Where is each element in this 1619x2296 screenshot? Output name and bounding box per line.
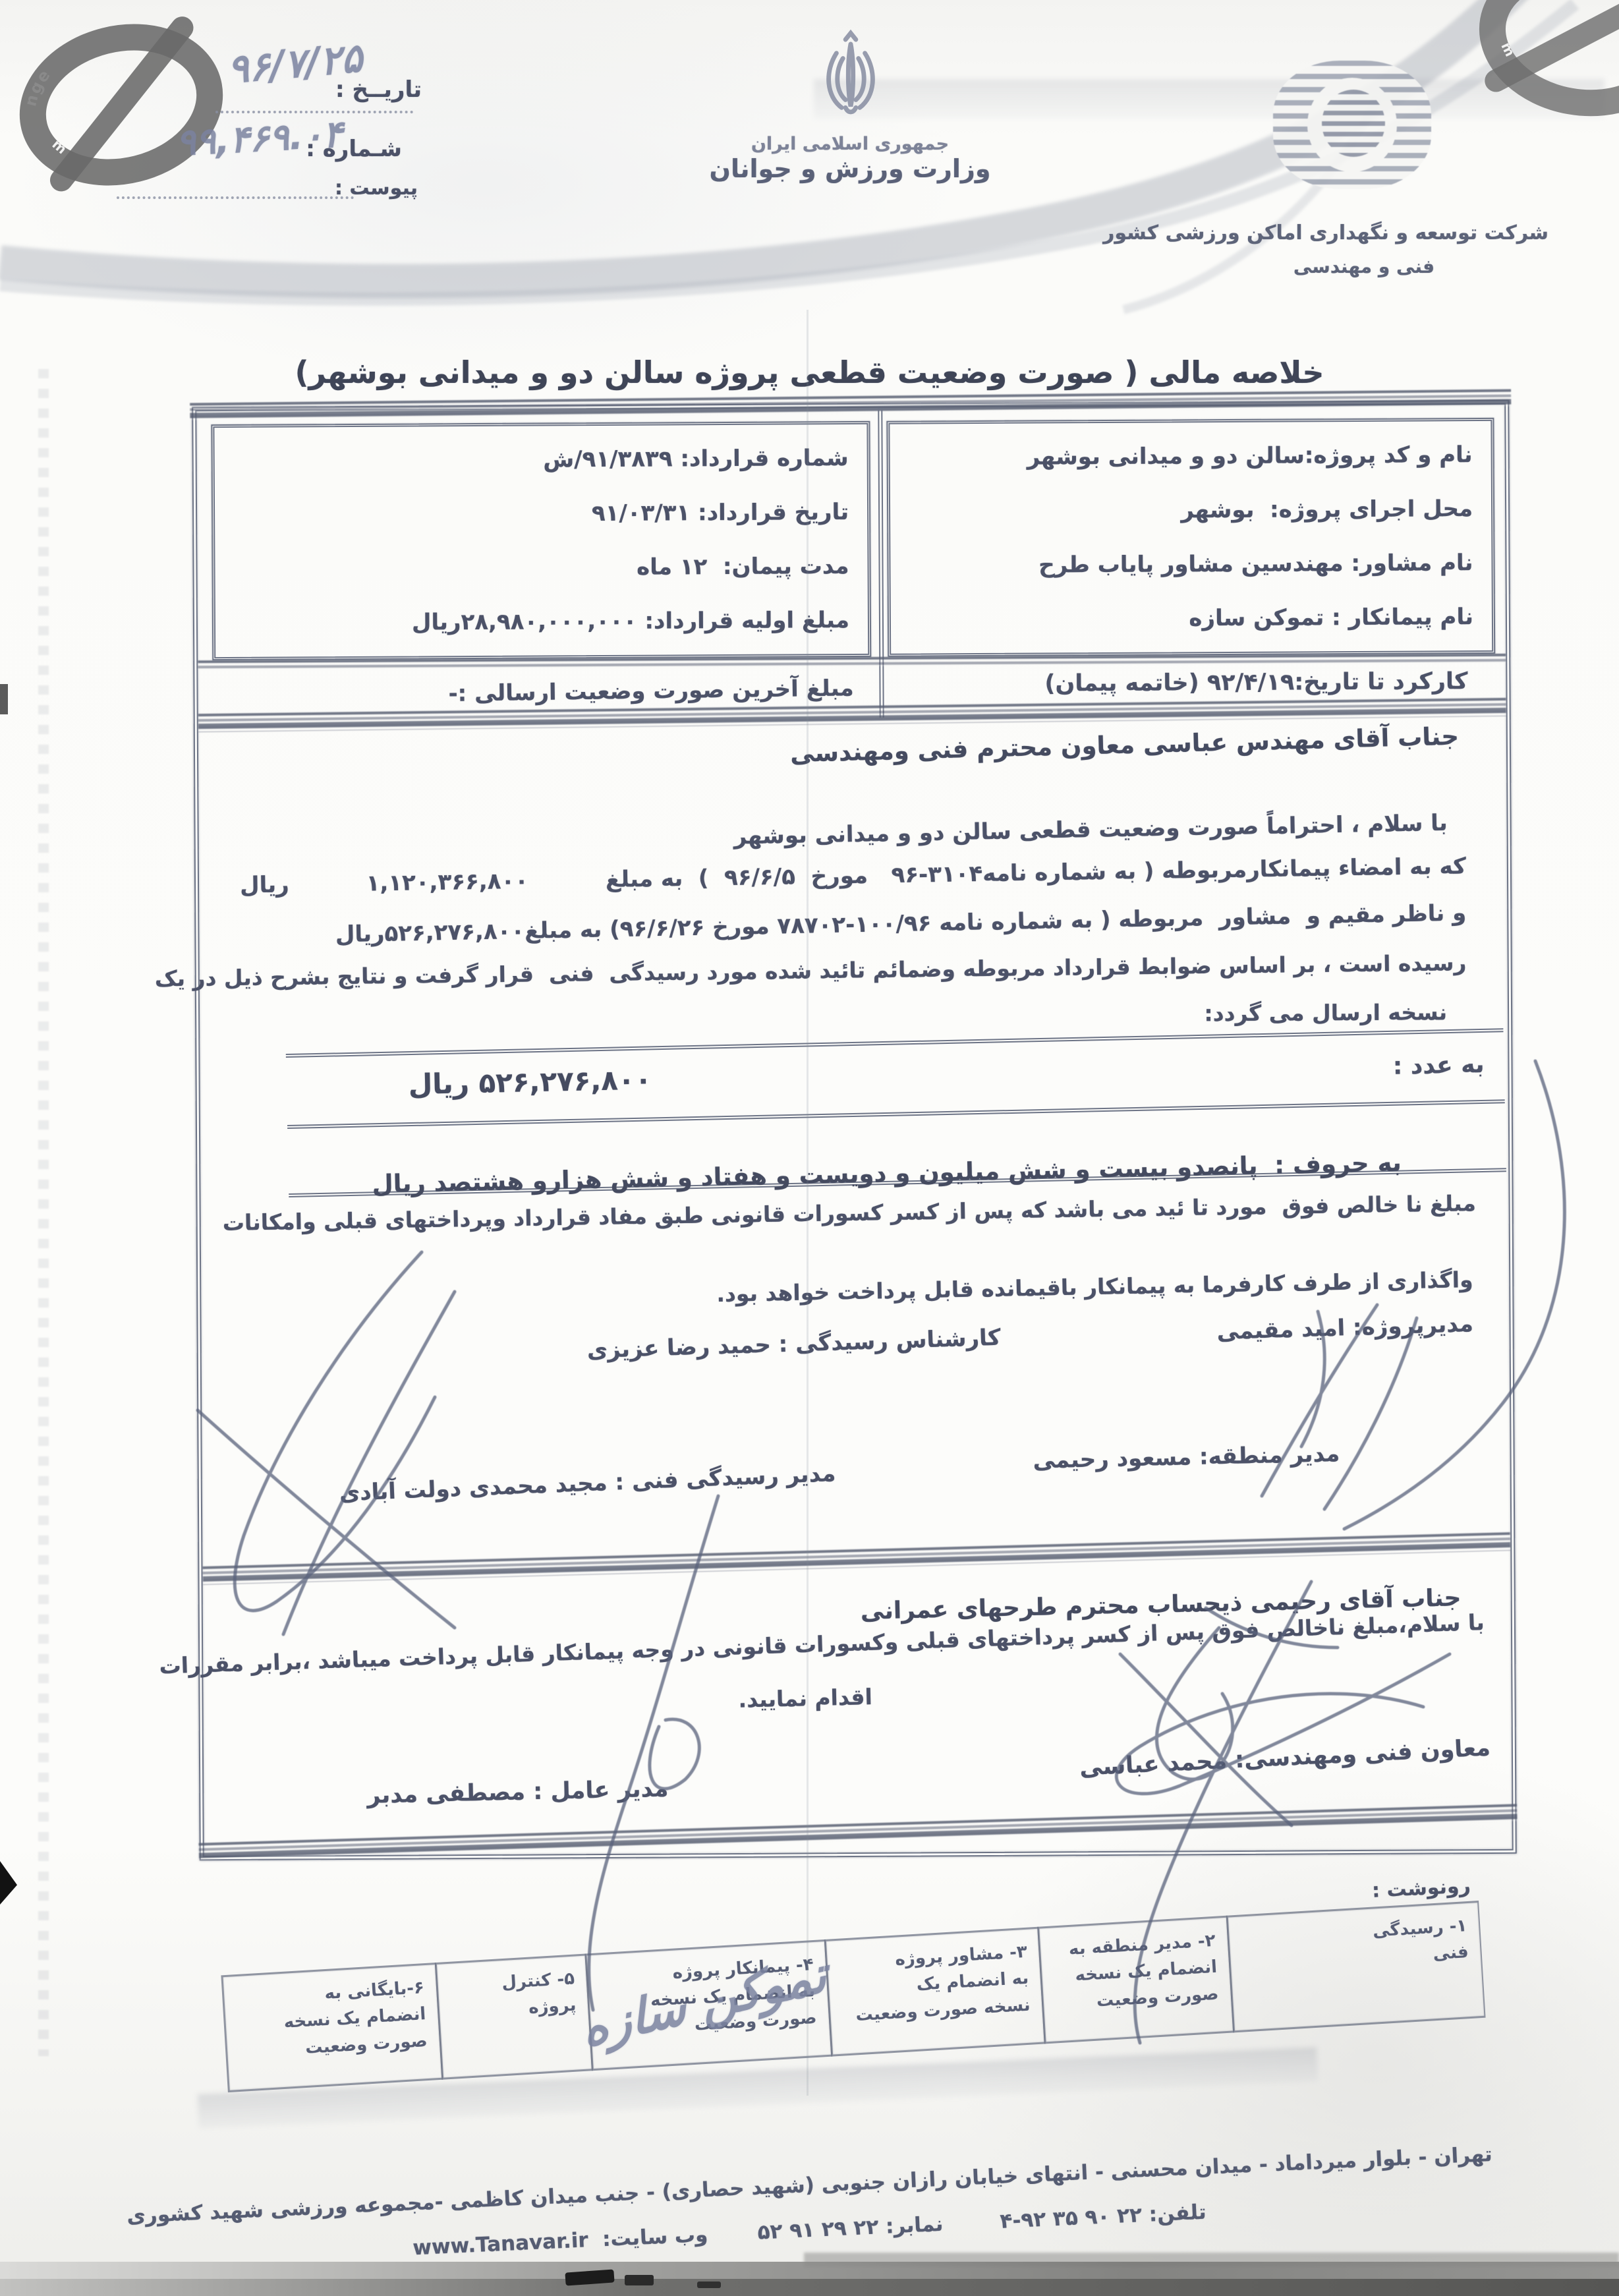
ministry-name: وزارت ورزش و جوانان (692, 154, 1008, 183)
cc-item-6: ۶-بایگانی به انضمام یک نسخه صورت وضعیت (221, 1963, 443, 2092)
amount-words-text: پانصدو بیست و شش میلیون و دویست و هفتاد … (372, 1151, 1258, 1198)
project-location: محل اجرای پروژه: بوشهر (909, 496, 1473, 525)
letter-line-2-amount: ۱,۱۲۰,۳۶۶,۸۰۰ (366, 868, 528, 897)
bottom-black-blob-3 (697, 2282, 721, 2288)
approval-line-2: واگذاری از طرف کارفرما به پیمانکار باقیم… (716, 1267, 1473, 1307)
letter-line-5: نسخه ارسال می گردد: (1204, 999, 1447, 1026)
review-expert-signature-label: کارشناس رسیدگی : حمید رضا عزیزی (586, 1325, 1001, 1364)
letter-salutation: جناب آقای مهندس عباسی معاون محترم فنی وم… (789, 722, 1459, 768)
scan-border-band-3 (202, 1532, 1510, 1585)
tech-review-manager-signature-label: مدیر رسیدگی فنی : مجید محمدی دولت آبادی (339, 1460, 836, 1507)
letter-line-2-unit: ریال (240, 871, 289, 898)
cc-item-2: ۲- مدیر منطقه به انضمام یک نسخه صورت وضع… (1037, 1916, 1234, 2044)
cc-item-5: ۵- کنترل پروژه (435, 1953, 594, 2079)
main-form-box: نام و کد پروژه:سالن دو و میدانی بوشهر مح… (192, 400, 1517, 1860)
note2-body-2: اقدام نمایید. (738, 1684, 872, 1713)
amount-box: به عدد : ۵۲۶,۲۷۶,۸۰۰ ریال به حروف : پانص… (241, 1029, 1464, 1199)
amount-numeric-value: ۵۲۶,۲۷۶,۸۰۰ ریال (408, 1063, 652, 1101)
country-name: جمهوری اسلامی ایران (718, 134, 982, 154)
consultant-name: نام مشاور: مهندسین مشاور پایاب طرح (909, 550, 1473, 579)
project-info-cell: نام و کد پروژه:سالن دو و میدانی بوشهر مح… (886, 418, 1495, 657)
contract-number: شماره قرارداد: ۹۱/۳۸۳۹/ش (233, 445, 849, 474)
letter-line-3-amount: ۵۲۶,۲۷۶,۸۰۰ریال (335, 918, 525, 948)
page-title: خلاصه مالی ( صورت وضعیت قطعی پروژه سالن … (0, 355, 1619, 390)
letter-line-1: با سلام ، احتراماً صورت وضعیت قطعی سالن … (733, 810, 1448, 850)
bottom-scan-band-3 (0, 2279, 1619, 2296)
cc-item-3: ۳- مشاور پروژه به انضمام یک نسخه صورت وض… (824, 1927, 1046, 2057)
company-division: فنی و مهندسی (1179, 256, 1548, 277)
contractor-name: نام پیمانکار : تموکن سازه (909, 604, 1473, 633)
letter-line-3-text: و ناظر مقیم و مشاور مربوطه ( به شماره نا… (619, 900, 1466, 942)
deputy-signature-label: معاون فنی ومهندسی: محمد عباسی (1079, 1735, 1491, 1781)
scan-border-band-bottom (199, 1804, 1518, 1860)
cc-label: رونوشت : (1371, 1874, 1471, 1903)
project-manager-signature-label: مدیرپروژه: امید مقیمی (1216, 1311, 1473, 1345)
project-name: نام و کد پروژه:سالن دو و میدانی بوشهر (909, 442, 1473, 471)
letter-line-3-mid: ) به مبلغ (525, 916, 620, 944)
ceo-signature-label: مدیر عامل : مصطفی مدبر (367, 1776, 669, 1809)
work-until-date: کارکرد تا تاریخ:۹۲/۴/۱۹ (خاتمه پیمان) (1044, 668, 1467, 697)
bottom-black-blob-2 (625, 2275, 654, 2285)
contract-duration: مدت پیمان: ۱۲ ماه (233, 553, 849, 583)
black-tick-left (0, 684, 8, 714)
letter-line-2: که به امضاء پیمانکارمربوطه ( به شماره نا… (240, 853, 1466, 898)
left-edge-shade (38, 369, 49, 2056)
letter-line-3: و ناظر مقیم و مشاور مربوطه ( به شماره نا… (449, 900, 1466, 946)
page-crease-line (807, 310, 809, 2096)
date-dotted-line (215, 111, 413, 113)
letter-line-2-text: که به امضاء پیمانکارمربوطه ( به شماره نا… (606, 853, 1467, 893)
amount-words-label: به حروف : (1274, 1149, 1402, 1180)
attachment-dotted-line (117, 196, 354, 199)
handwritten-number: ۹۹,۴۶۹.۰۴ (175, 113, 343, 164)
iran-emblem-icon (812, 30, 890, 129)
region-manager-signature-label: مدیر منطقه: مسعود رحیمی (1033, 1441, 1340, 1474)
last-statement-amount: مبلغ آخرین صورت وضعیت ارسالی :- (448, 675, 854, 707)
black-wedge-left (0, 1861, 17, 1905)
contract-info-cell: شماره قرارداد: ۹۱/۳۸۳۹/ش تاریخ قرارداد: … (211, 421, 871, 660)
scanned-letter-page: PDF-XChange Click to BUY NOW! www.tracke… (0, 0, 1619, 2296)
letter-line-4: رسیده است ، بر اساس ضوابط قرارداد مربوطه… (155, 950, 1467, 991)
note2-body-1: با سلام،مبلغ ناخالص فوق پس از کسر پرداخت… (159, 1609, 1485, 1679)
contract-date: تاریخ قرارداد: ۹۱/۰۳/۳۱ (233, 499, 849, 529)
company-name: شرکت توسعه و نگهداری اماکن ورزشی کشور (1179, 221, 1548, 244)
company-logo-icon (1273, 61, 1431, 189)
amount-numeric-label: به عدد : (1392, 1051, 1485, 1080)
contract-initial-amount: مبلغ اولیه قرارداد: ۲۸,۹۸۰,۰۰۰,۰۰۰ریال (234, 607, 849, 637)
cc-item-1: ۱- رسیدگی فنی (1226, 1901, 1485, 2032)
column-divider (878, 408, 884, 718)
